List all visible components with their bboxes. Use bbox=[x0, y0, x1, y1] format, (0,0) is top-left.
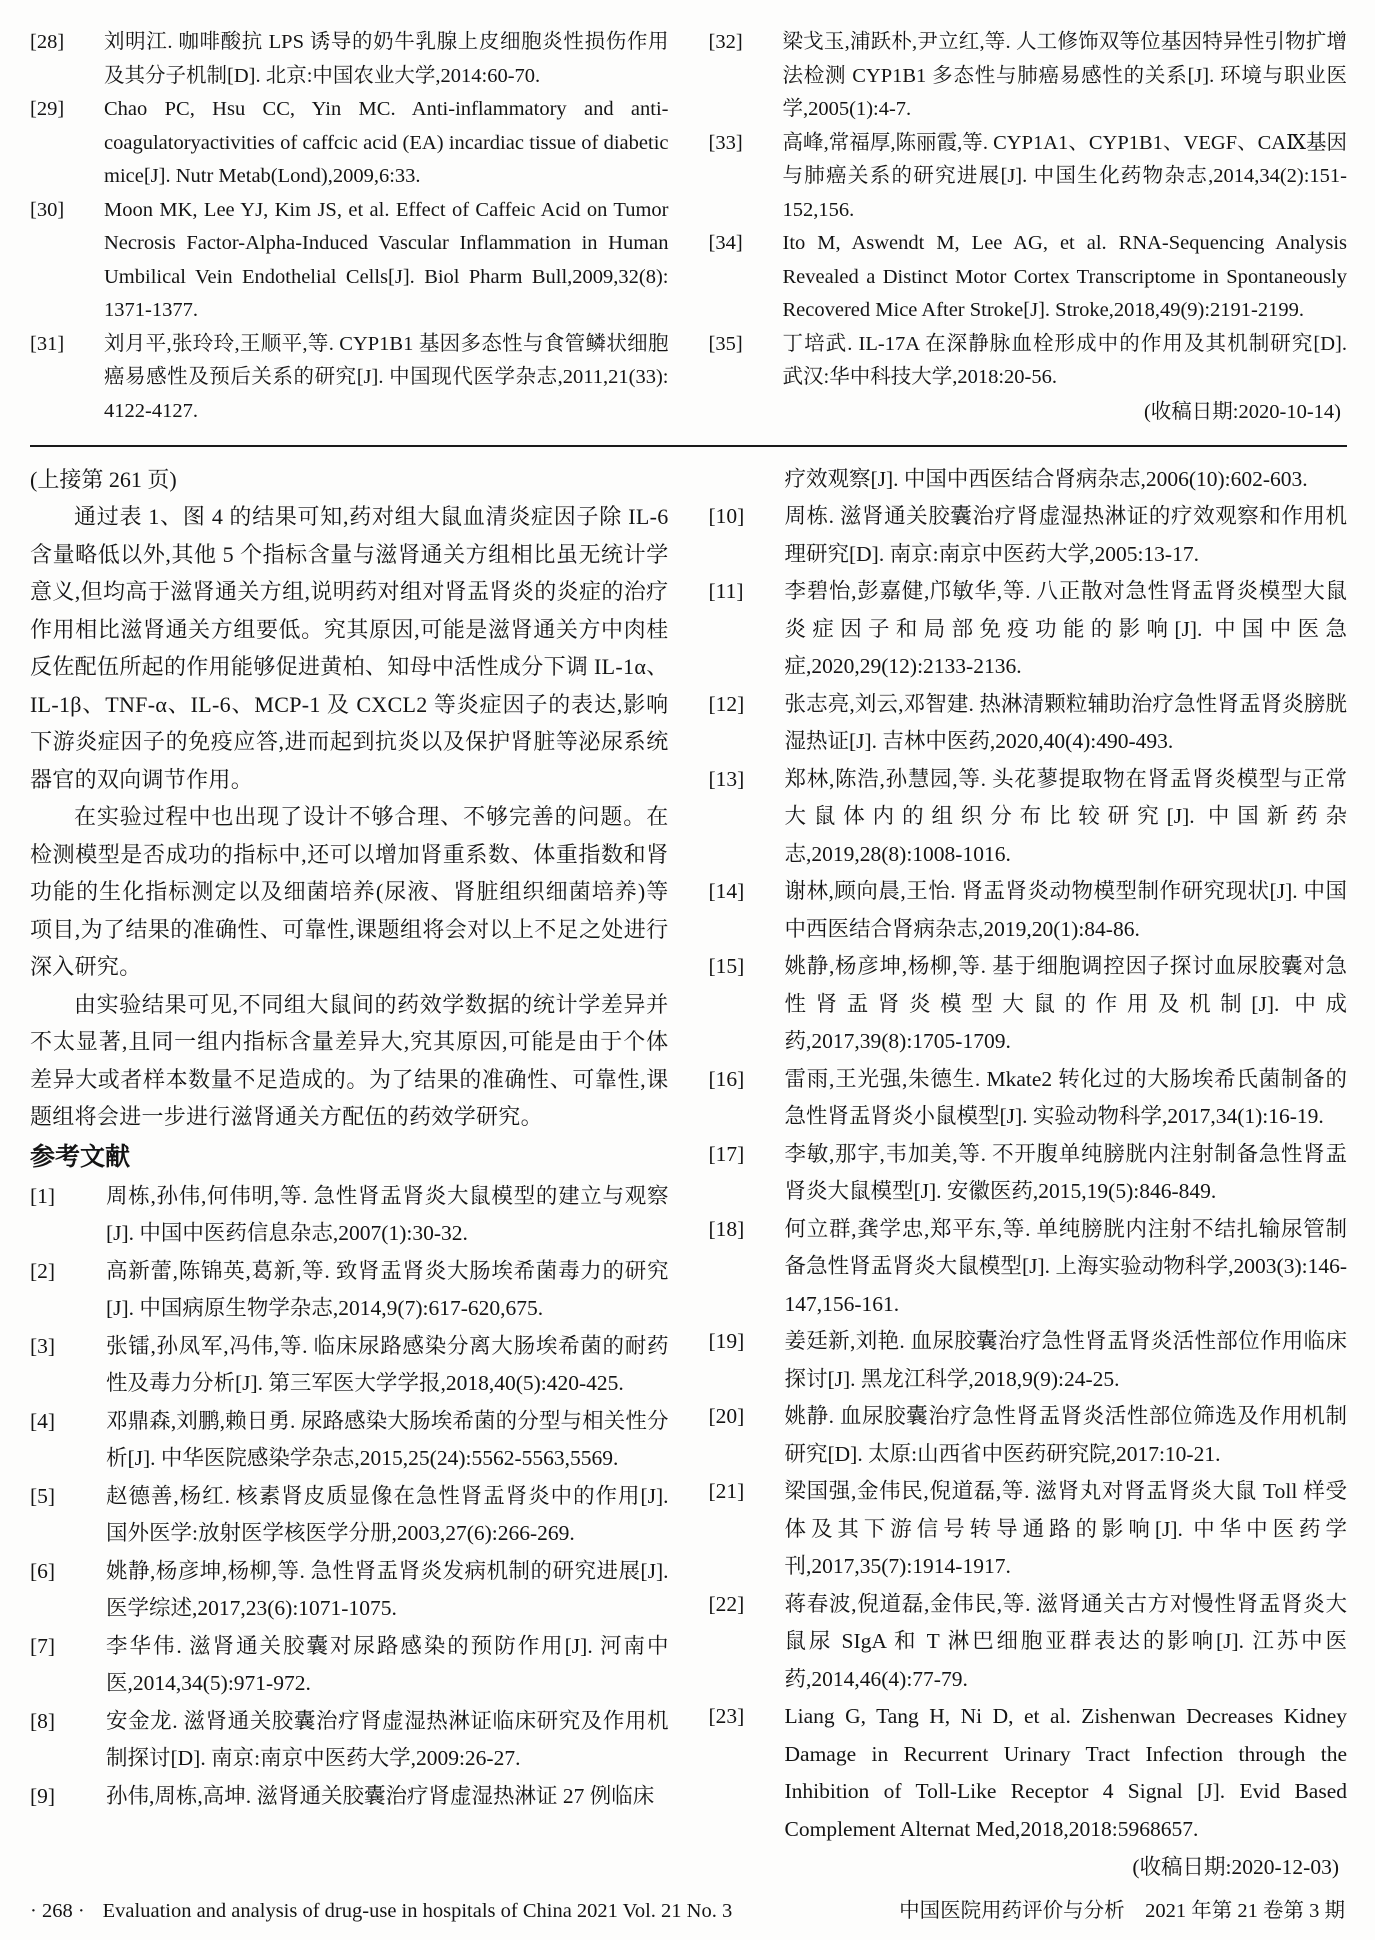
reference-item: [5]赵德善,杨红. 核素肾皮质显像在急性肾盂肾炎中的作用[J]. 国外医学:放… bbox=[30, 1478, 669, 1553]
reference-text: 安金龙. 滋肾通关胶囊治疗肾虚湿热淋证临床研究及作用机制探讨[D]. 南京:南京… bbox=[106, 1703, 669, 1778]
reference-item: [30]Moon MK, Lee YJ, Kim JS, et al. Effe… bbox=[30, 194, 669, 328]
reference-item: [9]孙伟,周栋,高坤. 滋肾通关胶囊治疗肾虚湿热淋证 27 例临床 bbox=[30, 1778, 669, 1816]
reference-item: 疗效观察[J]. 中国中西医结合肾病杂志,2006(10):602-603. bbox=[709, 461, 1348, 499]
top-refs-right-list: [32]梁戈玉,浦跃朴,尹立红,等. 人工修饰双等位基因特异性引物扩增法检测 C… bbox=[709, 26, 1348, 395]
reference-text: 李碧怡,彭嘉健,邝敏华,等. 八正散对急性肾盂肾炎模型大鼠炎症因子和局部免疫功能… bbox=[785, 573, 1348, 686]
reference-number: [32] bbox=[709, 26, 783, 127]
reference-text: 姚静,杨彦坤,杨柳,等. 基于细胞调控因子探讨血尿胶囊对急性肾盂肾炎模型大鼠的作… bbox=[785, 948, 1348, 1061]
reference-item: [28]刘明江. 咖啡酸抗 LPS 诱导的奶牛乳腺上皮细胞炎性损伤作用及其分子机… bbox=[30, 26, 669, 93]
reference-text: 赵德善,杨红. 核素肾皮质显像在急性肾盂肾炎中的作用[J]. 国外医学:放射医学… bbox=[106, 1478, 669, 1553]
top-refs-right-column: [32]梁戈玉,浦跃朴,尹立红,等. 人工修饰双等位基因特异性引物扩增法检测 C… bbox=[709, 26, 1348, 429]
reference-text: 李华伟. 滋肾通关胶囊对尿路感染的预防作用[J]. 河南中医,2014,34(5… bbox=[106, 1628, 669, 1703]
top-refs-left-column: [28]刘明江. 咖啡酸抗 LPS 诱导的奶牛乳腺上皮细胞炎性损伤作用及其分子机… bbox=[30, 26, 669, 428]
section-divider-rule bbox=[30, 445, 1347, 447]
reference-item: [7]李华伟. 滋肾通关胶囊对尿路感染的预防作用[J]. 河南中医,2014,3… bbox=[30, 1628, 669, 1703]
reference-item: [3]张镭,孙凤军,冯伟,等. 临床尿路感染分离大肠埃希菌的耐药性及毒力分析[J… bbox=[30, 1328, 669, 1403]
reference-item: [6]姚静,杨彦坤,杨柳,等. 急性肾盂肾炎发病机制的研究进展[J]. 医学综述… bbox=[30, 1553, 669, 1628]
reference-text: Ito M, Aswendt M, Lee AG, et al. RNA-Seq… bbox=[783, 227, 1348, 328]
reference-number: [6] bbox=[30, 1553, 106, 1628]
reference-item: [35]丁培武. IL-17A 在深静脉血栓形成中的作用及其机制研究[D]. 武… bbox=[709, 328, 1348, 395]
reference-text: 周栋,孙伟,何伟明,等. 急性肾盂肾炎大鼠模型的建立与观察[J]. 中国中医药信… bbox=[106, 1178, 669, 1253]
reference-number bbox=[709, 461, 785, 499]
body-paragraph: 在实验过程中也出现了设计不够合理、不够完善的问题。在检测模型是否成功的指标中,还… bbox=[30, 798, 669, 986]
body-right-column: 疗效观察[J]. 中国中西医结合肾病杂志,2006(10):602-603.[1… bbox=[709, 461, 1348, 1887]
reference-text: 高新蕾,陈锦英,葛新,等. 致肾盂肾炎大肠埃希菌毒力的研究[J]. 中国病原生物… bbox=[106, 1253, 669, 1328]
reference-item: [13]郑林,陈浩,孙慧园,等. 头花蓼提取物在肾盂肾炎模型与正常大鼠体内的组织… bbox=[709, 761, 1348, 874]
reference-number: [7] bbox=[30, 1628, 106, 1703]
reference-text: 张志亮,刘云,邓智建. 热淋清颗粒辅助治疗急性肾盂肾炎膀胱湿热证[J]. 吉林中… bbox=[785, 686, 1348, 761]
reference-item: [16]雷雨,王光强,朱德生. Mkate2 转化过的大肠埃希氏菌制备的急性肾盂… bbox=[709, 1061, 1348, 1136]
page-number: · 268 · bbox=[30, 1896, 85, 1926]
reference-number: [35] bbox=[709, 328, 783, 395]
reference-text: 李敏,那宇,韦加美,等. 不开腹单纯膀胱内注射制备急性肾盂肾炎大鼠模型[J]. … bbox=[785, 1136, 1348, 1211]
reference-item: [10]周栋. 滋肾通关胶囊治疗肾虚湿热淋证的疗效观察和作用机理研究[D]. 南… bbox=[709, 498, 1348, 573]
reference-text: 姜廷新,刘艳. 血尿胶囊治疗急性肾盂肾炎活性部位作用临床探讨[J]. 黑龙江科学… bbox=[785, 1323, 1348, 1398]
reference-number: [13] bbox=[709, 761, 785, 874]
reference-number: [17] bbox=[709, 1136, 785, 1211]
reference-number: [23] bbox=[709, 1698, 785, 1848]
reference-text: 周栋. 滋肾通关胶囊治疗肾虚湿热淋证的疗效观察和作用机理研究[D]. 南京:南京… bbox=[785, 498, 1348, 573]
top-reference-section: [28]刘明江. 咖啡酸抗 LPS 诱导的奶牛乳腺上皮细胞炎性损伤作用及其分子机… bbox=[30, 26, 1347, 429]
reference-text: 姚静. 血尿胶囊治疗急性肾盂肾炎活性部位筛选及作用机制研究[D]. 太原:山西省… bbox=[785, 1398, 1348, 1473]
reference-item: [31]刘月平,张玲玲,王顺平,等. CYP1B1 基因多态性与食管鳞状细胞癌易… bbox=[30, 328, 669, 429]
reference-item: [1]周栋,孙伟,何伟明,等. 急性肾盂肾炎大鼠模型的建立与观察[J]. 中国中… bbox=[30, 1178, 669, 1253]
reference-text: 刘月平,张玲玲,王顺平,等. CYP1B1 基因多态性与食管鳞状细胞癌易感性及预… bbox=[104, 328, 669, 429]
reference-text: 张镭,孙凤军,冯伟,等. 临床尿路感染分离大肠埃希菌的耐药性及毒力分析[J]. … bbox=[106, 1328, 669, 1403]
reference-text: 高峰,常福厚,陈丽霞,等. CYP1A1、CYP1B1、VEGF、CAⅨ基因与肺… bbox=[783, 127, 1348, 228]
reference-text: 孙伟,周栋,高坤. 滋肾通关胶囊治疗肾虚湿热淋证 27 例临床 bbox=[106, 1778, 669, 1816]
reference-number: [1] bbox=[30, 1178, 106, 1253]
reference-number: [9] bbox=[30, 1778, 106, 1816]
reference-item: [34]Ito M, Aswendt M, Lee AG, et al. RNA… bbox=[709, 227, 1348, 328]
references-right-list: 疗效观察[J]. 中国中西医结合肾病杂志,2006(10):602-603.[1… bbox=[709, 461, 1348, 1849]
reference-text: 郑林,陈浩,孙慧园,等. 头花蓼提取物在肾盂肾炎模型与正常大鼠体内的组织分布比较… bbox=[785, 761, 1348, 874]
reference-item: [17]李敏,那宇,韦加美,等. 不开腹单纯膀胱内注射制备急性肾盂肾炎大鼠模型[… bbox=[709, 1136, 1348, 1211]
reference-text: 谢林,顾向晨,王怡. 肾盂肾炎动物模型制作研究现状[J]. 中国中西医结合肾病杂… bbox=[785, 873, 1348, 948]
reference-number: [14] bbox=[709, 873, 785, 948]
reference-item: [12]张志亮,刘云,邓智建. 热淋清颗粒辅助治疗急性肾盂肾炎膀胱湿热证[J].… bbox=[709, 686, 1348, 761]
reference-number: [22] bbox=[709, 1586, 785, 1699]
reference-number: [18] bbox=[709, 1211, 785, 1324]
reference-number: [15] bbox=[709, 948, 785, 1061]
article-body-section: (上接第 261 页) 通过表 1、图 4 的结果可知,药对组大鼠血清炎症因子除… bbox=[30, 461, 1347, 1887]
reference-number: [8] bbox=[30, 1703, 106, 1778]
reference-number: [5] bbox=[30, 1478, 106, 1553]
reference-text: Moon MK, Lee YJ, Kim JS, et al. Effect o… bbox=[104, 194, 669, 328]
footer-journal-title-zh: 中国医院用药评价与分析 2021 年第 21 卷第 3 期 bbox=[899, 1896, 1345, 1926]
reference-item: [19]姜廷新,刘艳. 血尿胶囊治疗急性肾盂肾炎活性部位作用临床探讨[J]. 黑… bbox=[709, 1323, 1348, 1398]
reference-number: [2] bbox=[30, 1253, 106, 1328]
reference-text: 何立群,龚学忠,郑平东,等. 单纯膀胱内注射不结扎输尿管制备急性肾盂肾炎大鼠模型… bbox=[785, 1211, 1348, 1324]
reference-text: 雷雨,王光强,朱德生. Mkate2 转化过的大肠埃希氏菌制备的急性肾盂肾炎小鼠… bbox=[785, 1061, 1348, 1136]
page-footer: · 268 · Evaluation and analysis of drug-… bbox=[30, 1886, 1347, 1938]
journal-page: [28]刘明江. 咖啡酸抗 LPS 诱导的奶牛乳腺上皮细胞炎性损伤作用及其分子机… bbox=[0, 0, 1375, 1940]
reference-item: [29]Chao PC, Hsu CC, Yin MC. Anti-inflam… bbox=[30, 93, 669, 194]
reference-item: [2]高新蕾,陈锦英,葛新,等. 致肾盂肾炎大肠埃希菌毒力的研究[J]. 中国病… bbox=[30, 1253, 669, 1328]
reference-text: 梁戈玉,浦跃朴,尹立红,等. 人工修饰双等位基因特异性引物扩增法检测 CYP1B… bbox=[783, 26, 1348, 127]
body-left-column: (上接第 261 页) 通过表 1、图 4 的结果可知,药对组大鼠血清炎症因子除… bbox=[30, 461, 669, 1816]
reference-number: [31] bbox=[30, 328, 104, 429]
reference-number: [28] bbox=[30, 26, 104, 93]
received-date-top: (收稿日期:2020-10-14) bbox=[709, 395, 1348, 429]
reference-item: [20]姚静. 血尿胶囊治疗急性肾盂肾炎活性部位筛选及作用机制研究[D]. 太原… bbox=[709, 1398, 1348, 1473]
reference-text: 蒋春波,倪道磊,金伟民,等. 滋肾通关古方对慢性肾盂肾炎大鼠尿 SIgA 和 T… bbox=[785, 1586, 1348, 1699]
reference-item: [21]梁国强,金伟民,倪道磊,等. 滋肾丸对肾盂肾炎大鼠 Toll 样受体及其… bbox=[709, 1473, 1348, 1586]
reference-number: [30] bbox=[30, 194, 104, 328]
reference-text: 丁培武. IL-17A 在深静脉血栓形成中的作用及其机制研究[D]. 武汉:华中… bbox=[783, 328, 1348, 395]
footer-left: · 268 · Evaluation and analysis of drug-… bbox=[30, 1896, 732, 1926]
reference-text: 梁国强,金伟民,倪道磊,等. 滋肾丸对肾盂肾炎大鼠 Toll 样受体及其下游信号… bbox=[785, 1473, 1348, 1586]
reference-item: [4]邓鼎森,刘鹏,赖日勇. 尿路感染大肠埃希菌的分型与相关性分析[J]. 中华… bbox=[30, 1403, 669, 1478]
body-paragraph: 由实验结果可见,不同组大鼠间的药效学数据的统计学差异并不太显著,且同一组内指标含… bbox=[30, 986, 669, 1136]
reference-number: [4] bbox=[30, 1403, 106, 1478]
reference-item: [23]Liang G, Tang H, Ni D, et al. Zishen… bbox=[709, 1698, 1348, 1848]
reference-item: [22]蒋春波,倪道磊,金伟民,等. 滋肾通关古方对慢性肾盂肾炎大鼠尿 SIgA… bbox=[709, 1586, 1348, 1699]
reference-number: [16] bbox=[709, 1061, 785, 1136]
reference-number: [20] bbox=[709, 1398, 785, 1473]
reference-item: [15]姚静,杨彦坤,杨柳,等. 基于细胞调控因子探讨血尿胶囊对急性肾盂肾炎模型… bbox=[709, 948, 1348, 1061]
reference-number: [12] bbox=[709, 686, 785, 761]
references-left-list: [1]周栋,孙伟,何伟明,等. 急性肾盂肾炎大鼠模型的建立与观察[J]. 中国中… bbox=[30, 1178, 669, 1816]
reference-number: [21] bbox=[709, 1473, 785, 1586]
references-heading: 参考文献 bbox=[30, 1136, 669, 1178]
footer-journal-title-en: Evaluation and analysis of drug-use in h… bbox=[103, 1896, 733, 1926]
reference-number: [29] bbox=[30, 93, 104, 194]
reference-item: [32]梁戈玉,浦跃朴,尹立红,等. 人工修饰双等位基因特异性引物扩增法检测 C… bbox=[709, 26, 1348, 127]
continued-from-note: (上接第 261 页) bbox=[30, 461, 669, 499]
reference-text: 邓鼎森,刘鹏,赖日勇. 尿路感染大肠埃希菌的分型与相关性分析[J]. 中华医院感… bbox=[106, 1403, 669, 1478]
reference-number: [33] bbox=[709, 127, 783, 228]
received-date-bottom: (收稿日期:2020-12-03) bbox=[709, 1848, 1348, 1886]
reference-item: [11]李碧怡,彭嘉健,邝敏华,等. 八正散对急性肾盂肾炎模型大鼠炎症因子和局部… bbox=[709, 573, 1348, 686]
reference-text: Liang G, Tang H, Ni D, et al. Zishenwan … bbox=[785, 1698, 1348, 1848]
reference-item: [33]高峰,常福厚,陈丽霞,等. CYP1A1、CYP1B1、VEGF、CAⅨ… bbox=[709, 127, 1348, 228]
reference-text: 疗效观察[J]. 中国中西医结合肾病杂志,2006(10):602-603. bbox=[785, 461, 1348, 499]
reference-item: [8]安金龙. 滋肾通关胶囊治疗肾虚湿热淋证临床研究及作用机制探讨[D]. 南京… bbox=[30, 1703, 669, 1778]
reference-item: [18]何立群,龚学忠,郑平东,等. 单纯膀胱内注射不结扎输尿管制备急性肾盂肾炎… bbox=[709, 1211, 1348, 1324]
reference-item: [14]谢林,顾向晨,王怡. 肾盂肾炎动物模型制作研究现状[J]. 中国中西医结… bbox=[709, 873, 1348, 948]
reference-text: Chao PC, Hsu CC, Yin MC. Anti-inflammato… bbox=[104, 93, 669, 194]
reference-number: [3] bbox=[30, 1328, 106, 1403]
reference-number: [11] bbox=[709, 573, 785, 686]
reference-number: [10] bbox=[709, 498, 785, 573]
body-paragraph: 通过表 1、图 4 的结果可知,药对组大鼠血清炎症因子除 IL-6 含量略低以外… bbox=[30, 498, 669, 798]
reference-number: [34] bbox=[709, 227, 783, 328]
reference-text: 刘明江. 咖啡酸抗 LPS 诱导的奶牛乳腺上皮细胞炎性损伤作用及其分子机制[D]… bbox=[104, 26, 669, 93]
reference-number: [19] bbox=[709, 1323, 785, 1398]
reference-text: 姚静,杨彦坤,杨柳,等. 急性肾盂肾炎发病机制的研究进展[J]. 医学综述,20… bbox=[106, 1553, 669, 1628]
